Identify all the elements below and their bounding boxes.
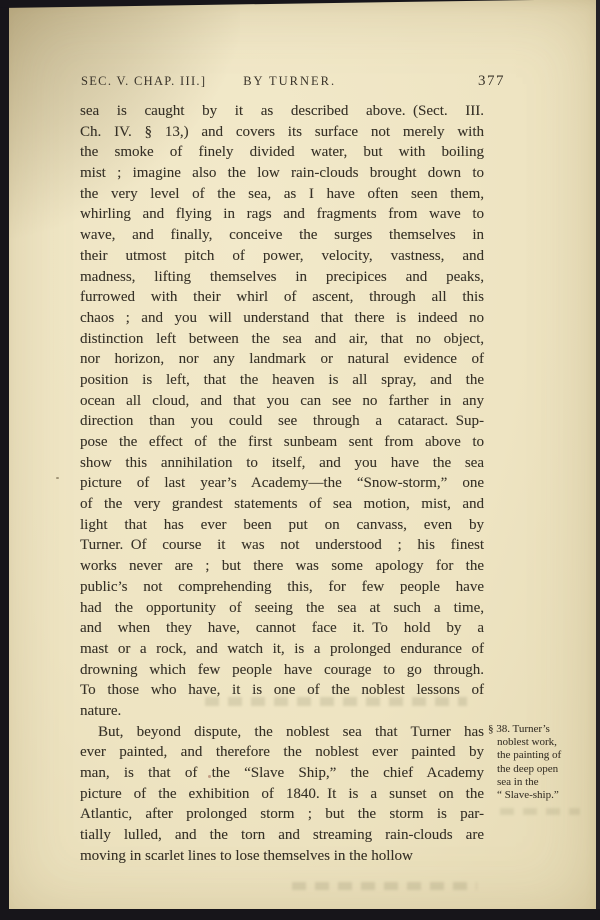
body-line: furrowed with their whirl of ascent, thr…	[80, 287, 484, 308]
body-line: the smoke of finely divided water, but w…	[80, 142, 484, 163]
body-line: madness, lifting themselves in precipice…	[80, 267, 484, 288]
page-number: 377	[478, 73, 505, 90]
body-line: the very level of the sea, as I have oft…	[80, 184, 484, 205]
body-line: whirling and flying in rags and fragment…	[80, 204, 484, 225]
body-line: mast or a rock, and watch it, is a prolo…	[80, 639, 484, 660]
body-line: chaos ; and you will understand that the…	[80, 308, 484, 329]
body-line: Turner. Of course it was not understood …	[80, 535, 484, 556]
body-line: their utmost pitch of power, velocity, v…	[80, 246, 484, 267]
body-line: nor horizon, nor any landmark or natural…	[80, 349, 484, 370]
body-line: distinction left between the sea and air…	[80, 329, 484, 350]
running-head-section: SEC. V. CHAP. III.]	[81, 74, 206, 89]
body-line: wave, and finally, conceive the surges t…	[80, 225, 484, 246]
body-line: Atlantic, after prolonged storm ; but th…	[80, 804, 484, 825]
sidenote-line: sea in the	[488, 776, 582, 789]
body-line: ever painted, and therefore the noblest …	[80, 742, 484, 763]
body-line: ocean all cloud, and that you can see no…	[80, 391, 484, 412]
body-line: works never are ; but there was some apo…	[80, 556, 484, 577]
body-line: position is left, that the heaven is all…	[80, 370, 484, 391]
page-header: SEC. V. CHAP. III.] BY TURNER. 377	[81, 73, 505, 90]
sidenote-line: the painting of	[488, 749, 582, 762]
body-line: mist ; imagine also the low rain-clouds …	[80, 163, 484, 184]
sidenote-line: “ Slave-ship.”	[488, 789, 582, 802]
body-line: nature.	[80, 701, 484, 722]
dust-speck	[208, 775, 211, 778]
body-text: sea is caught by it as described above. …	[80, 101, 484, 866]
body-line: picture of last year’s Academy—the “Snow…	[80, 473, 484, 494]
sidenote-line: noblest work,	[488, 736, 582, 749]
body-line: tially lulled, and the torn and streamin…	[80, 825, 484, 846]
scan-border-bottom	[0, 909, 600, 920]
running-head-title: BY TURNER.	[243, 74, 336, 89]
body-line: Ch. IV. § 13,) and covers its surface no…	[80, 122, 484, 143]
body-line: light that has ever been put on canvass,…	[80, 515, 484, 536]
body-line: moving in scarlet lines to lose themselv…	[80, 846, 484, 867]
body-line: drowning which few people have courage t…	[80, 660, 484, 681]
body-line: public’s not comprehending this, for few…	[80, 577, 484, 598]
margin-sidenote: § 38. Turner’snoblest work,the painting …	[488, 723, 582, 802]
body-line: But, beyond dispute, the noblest sea tha…	[80, 722, 484, 743]
body-line: picture of the exhibition of 1840. It is…	[80, 784, 484, 805]
body-line: and when they have, cannot face it. To h…	[80, 618, 484, 639]
body-line: show this annihilation to itself, and yo…	[80, 453, 484, 474]
sidenote-line: the deep open	[488, 763, 582, 776]
dust-speck	[56, 477, 59, 479]
body-line: had the opportunity of seeing the sea at…	[80, 598, 484, 619]
body-line: sea is caught by it as described above. …	[80, 101, 484, 122]
body-line: To those who have, it is one of the nobl…	[80, 680, 484, 701]
sidenote-line: § 38. Turner’s	[488, 723, 582, 736]
ink-showthrough-artifact	[500, 808, 580, 815]
body-line: direction than you could see through a c…	[80, 411, 484, 432]
ink-showthrough-artifact	[292, 882, 477, 890]
scan-border-left	[0, 0, 9, 920]
body-line: of the very grandest statements of sea m…	[80, 494, 484, 515]
body-line: man, is that of the “Slave Ship,” the ch…	[80, 763, 484, 784]
scan-border-right	[596, 0, 600, 920]
body-line: pose the effect of the first sunbeam sen…	[80, 432, 484, 453]
book-page: SEC. V. CHAP. III.] BY TURNER. 377 sea i…	[0, 0, 600, 920]
